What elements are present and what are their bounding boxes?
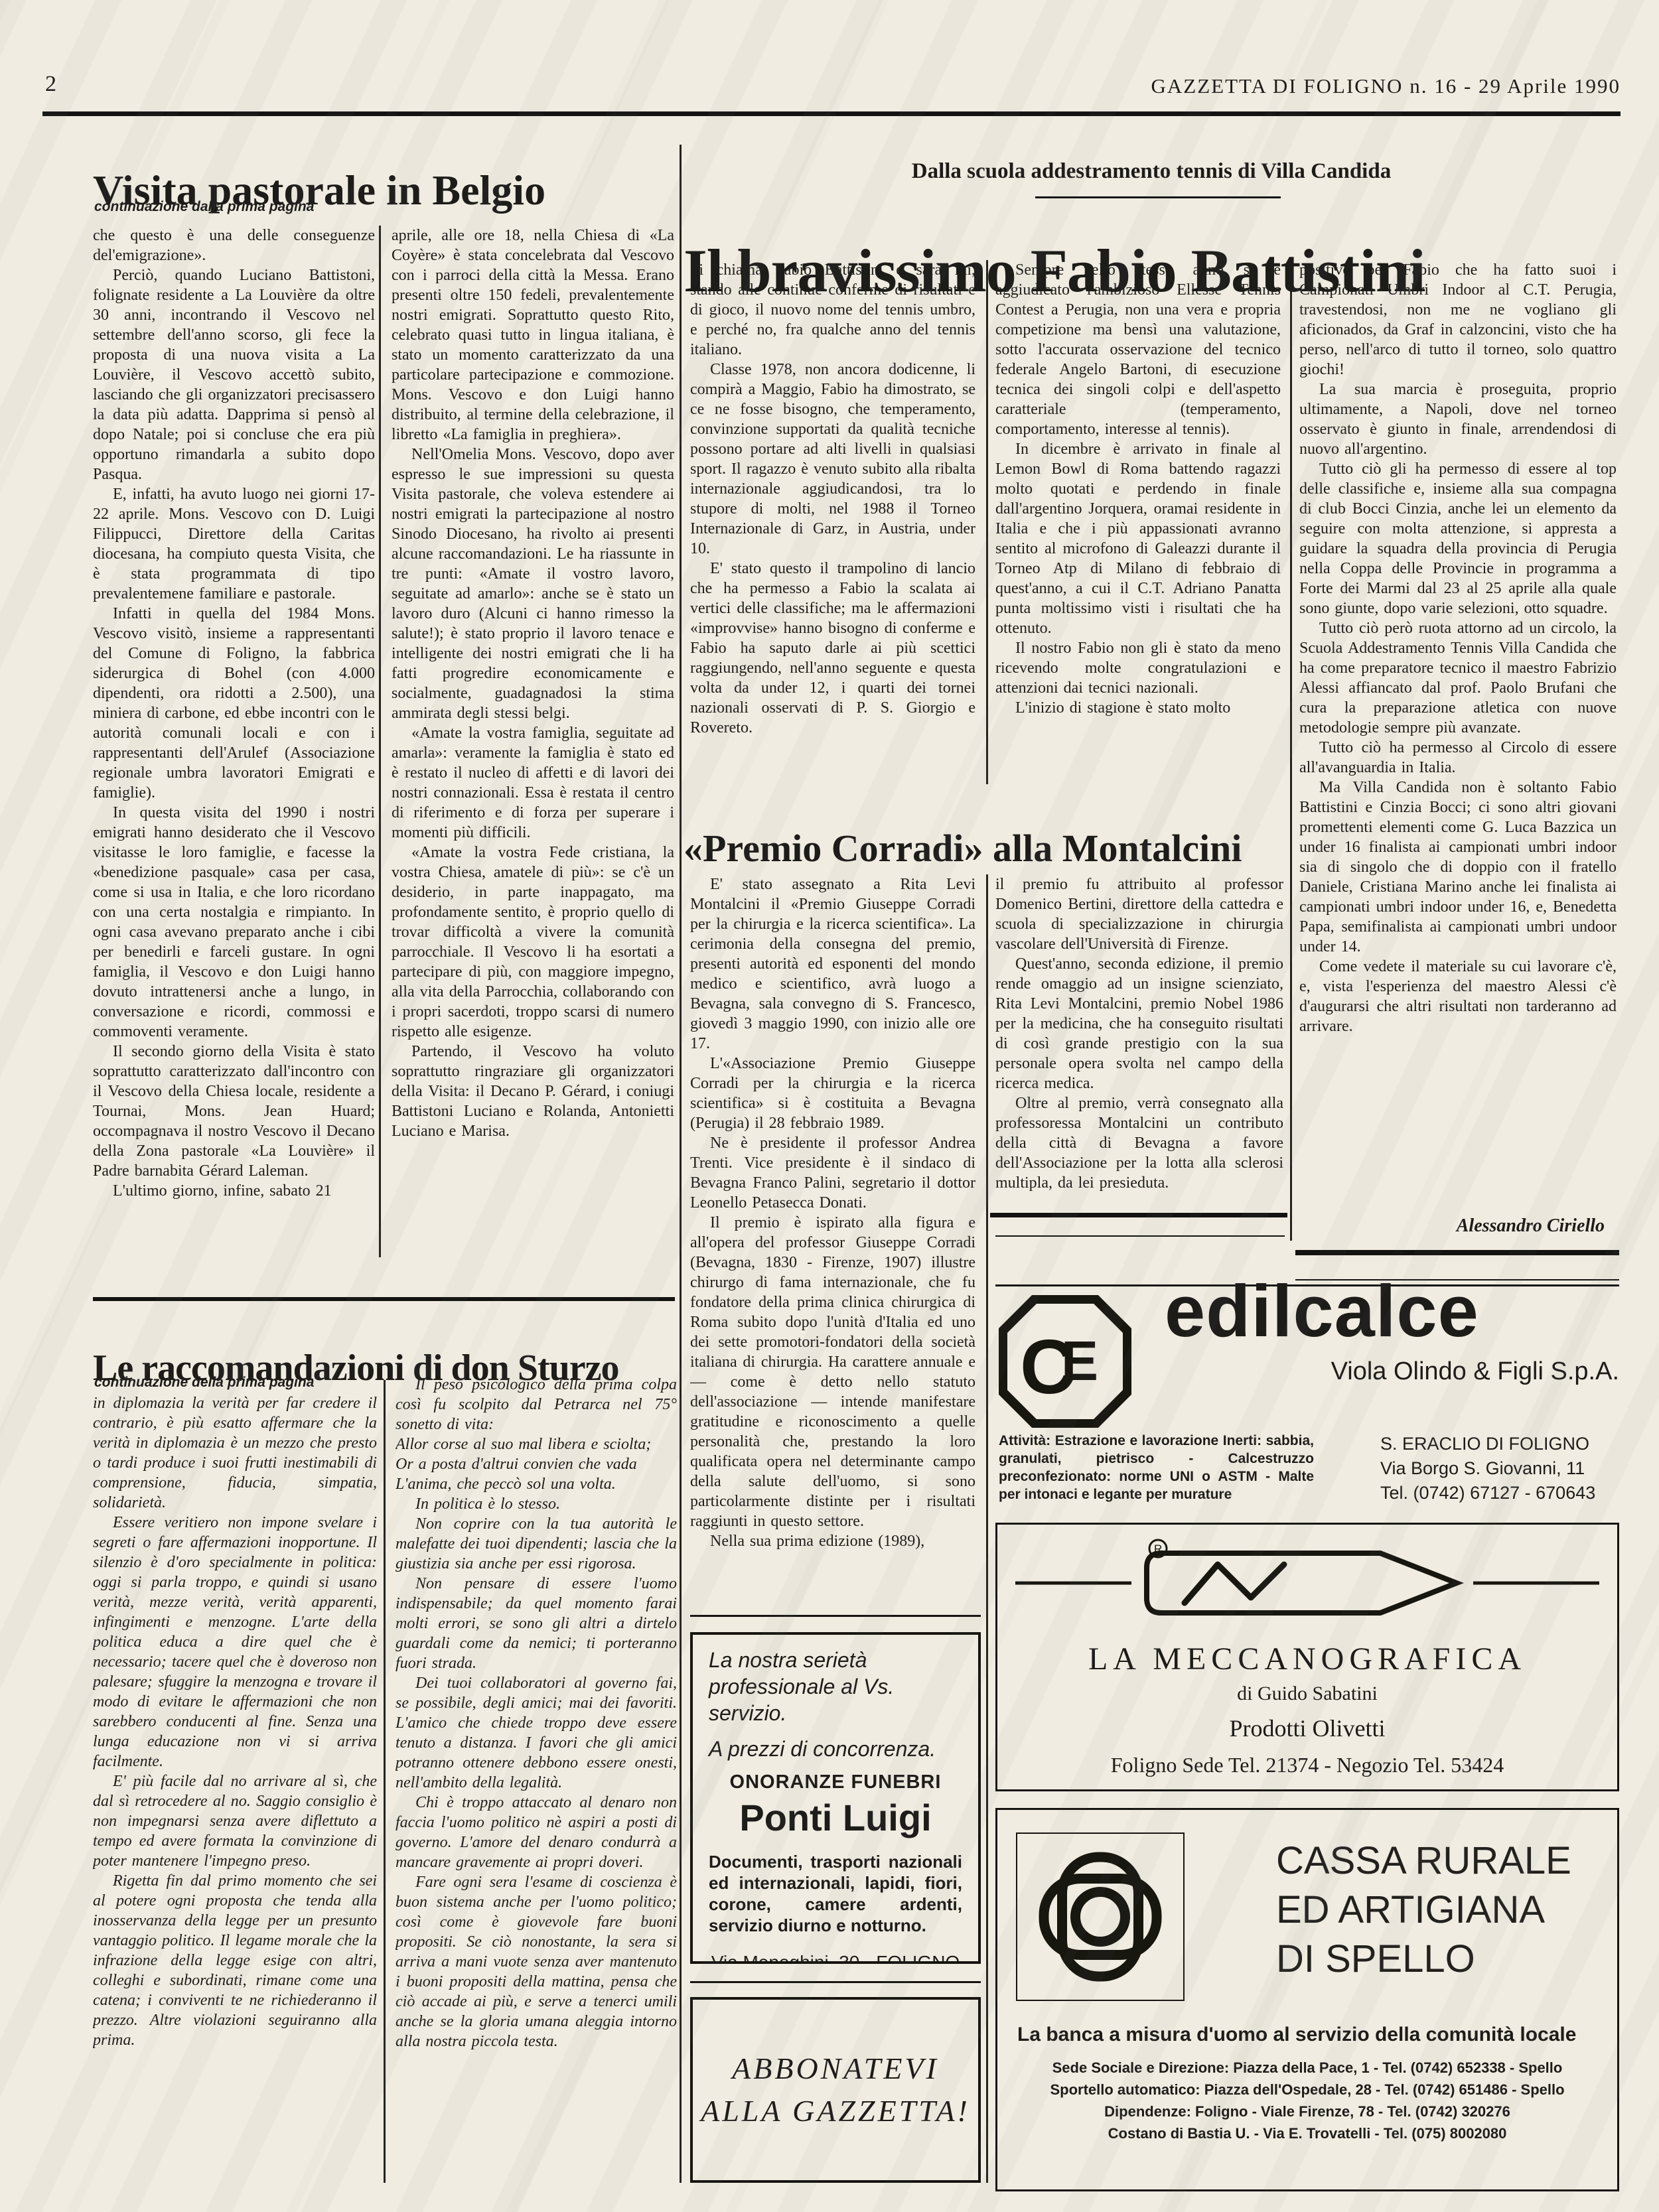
svg-text:E: E	[1061, 1330, 1098, 1392]
paragraph: Tutto ciò però ruota attorno ad un circo…	[1299, 618, 1617, 738]
kicker-rule	[1035, 196, 1281, 198]
paragraph: il premio fu attribuito al professor Dom…	[995, 874, 1283, 954]
paragraph: che questo è una delle conseguenze del'e…	[93, 226, 375, 265]
cassa-name-line1: CASSA RURALE	[1276, 1836, 1571, 1886]
paragraph: L'inizio di stagione è stato molto	[995, 698, 1281, 718]
paragraph: Quest'anno, seconda edizione, il premio …	[995, 954, 1283, 1093]
paragraph: Nell'Omelia Mons. Vescovo, dopo aver esp…	[392, 445, 674, 723]
column-divider	[384, 1380, 386, 2183]
paragraph: Come vedete il materiale su cui lavorare…	[1299, 957, 1617, 1036]
paragraph: Classe 1978, non ancora dodicenne, li co…	[690, 360, 975, 559]
edilcalce-wordmark: edilcalce	[1165, 1275, 1479, 1348]
paragraph: Dipendenze: Foligno - Viale Firenze, 78 …	[997, 2101, 1617, 2122]
thin-rule	[690, 1981, 981, 1983]
paragraph: Costano di Bastia U. - Via E. Trovatelli…	[997, 2122, 1617, 2144]
cassa-rurale-logo-icon	[1016, 1832, 1185, 2001]
paragraph: Tutto ciò gli ha permesso di essere al t…	[1299, 459, 1617, 618]
meccanografica-contacts: Foligno Sede Tel. 21374 - Negozio Tel. 5…	[997, 1753, 1617, 1777]
sturzo-col2-rest: In politica è lo stesso.Non coprire con …	[396, 1494, 677, 2051]
edilcalce-phone: Tel. (0742) 67127 - 670643	[1380, 1481, 1619, 1505]
sturzo-col2-intro: Il peso psicologico della prima colpa co…	[396, 1375, 677, 1434]
paragraph: in diplomazia la verità per far credere …	[93, 1393, 377, 1513]
paragraph: positivo per Fabio che ha fatto suoi i C…	[1299, 260, 1617, 380]
paragraph: Tutto ciò ha permesso al Circolo di esse…	[1299, 738, 1617, 778]
paragraph: Sede Sociale e Direzione: Piazza della P…	[997, 2057, 1617, 2079]
cassa-rurale-slogan: La banca a misura d'uomo al servizio del…	[1017, 2024, 1601, 2046]
ponti-address-line1: Via Meneghini, 30 - FOLIGNO	[711, 1952, 960, 1964]
column-divider	[986, 874, 988, 2183]
paragraph: L'anima, che peccò sol una volta.	[396, 1474, 677, 1494]
paragraph: E' stato questo il trampolino di lancio …	[690, 559, 975, 738]
cassa-rurale-name: CASSA RURALE ED ARTIGIANA DI SPELLO	[1276, 1836, 1571, 1984]
paragraph: E' stato assegnato a Rita Levi Montalcin…	[690, 874, 975, 1054]
belgio-column-1: che questo è una delle conseguenze del'e…	[93, 226, 375, 1257]
ad-meccanografica: R LA MECCANOGRAFICA di Guido Sabatini Pr…	[995, 1523, 1619, 1791]
column-divider	[680, 145, 682, 2183]
paragraph: E, infatti, ha avuto luogo nei giorni 17…	[93, 484, 375, 604]
abbonatevi-line1: ABBONATEVI	[732, 2047, 939, 2090]
paragraph: Non coprire con la tua autorità le malef…	[396, 1514, 677, 1574]
paragraph: Non pensare di essere l'uomo indispensab…	[396, 1574, 677, 1673]
edilcalce-address: Via Borgo S. Giovanni, 11	[1380, 1456, 1619, 1481]
paragraph: Il nostro Fabio non gli è stato da meno …	[995, 638, 1281, 698]
paragraph: Il premio è ispirato alla figura e all'o…	[690, 1213, 975, 1531]
paragraph: Sempre nello stesso anno si è aggiudicat…	[995, 260, 1281, 439]
masthead: GAZZETTA DI FOLIGNO n. 16 - 29 Aprile 19…	[1151, 74, 1621, 98]
article-end-rule	[990, 1213, 1287, 1217]
article-end-rule	[1295, 1250, 1619, 1255]
paragraph: aprile, alle ore 18, nella Chiesa di «La…	[392, 226, 674, 445]
sturzo-continuation-note: continuazione della prima pagina	[94, 1375, 314, 1391]
paragraph: Il secondo giorno della Visita è stato s…	[93, 1042, 375, 1181]
cassa-name-line3: DI SPELLO	[1276, 1935, 1571, 1984]
ad-abbonatevi: ABBONATEVI ALLA GAZZETTA!	[690, 1997, 981, 2183]
ponti-address: Via Meneghini, 30 - FOLIGNO (avanti farm…	[709, 1951, 962, 1964]
paragraph: In politica è lo stesso.	[396, 1494, 677, 1514]
column-divider	[986, 260, 988, 784]
paragraph: Sportello automatico: Piazza dell'Ospeda…	[997, 2079, 1617, 2101]
thin-rule	[690, 1615, 981, 1617]
ponti-services: Documenti, trasporti nazionali ed intern…	[709, 1851, 962, 1936]
paragraph: Ne è presidente il professor Andrea Tren…	[690, 1133, 975, 1213]
paragraph: Chi è troppo attaccato al denaro non fac…	[396, 1793, 677, 1872]
column-divider	[379, 226, 381, 1257]
abbonatevi-line2: ALLA GAZZETTA!	[701, 2090, 970, 2132]
header-rule	[42, 111, 1621, 116]
column-divider	[1290, 260, 1292, 1241]
edilcalce-place: S. ERACLIO DI FOLIGNO	[1380, 1432, 1619, 1456]
corradi-column-2: il premio fu attribuito al professor Dom…	[995, 874, 1283, 1210]
corradi-title: «Premio Corradi» alla Montalcini	[684, 829, 1242, 869]
edilcalce-activity: Attività: Estrazione e lavorazione Inert…	[999, 1432, 1314, 1503]
paragraph: E' più facile dal no arrivare al sì, che…	[93, 1771, 377, 1871]
paragraph: Rigetta fin dal primo momento che sei al…	[93, 1871, 377, 2050]
paragraph: «Amate la vostra famiglia, seguitate ad …	[392, 723, 674, 843]
sturzo-column-2: Il peso psicologico della prima colpa co…	[396, 1375, 677, 2105]
paragraph: Il peso psicologico della prima colpa co…	[396, 1375, 677, 1434]
paragraph: Or a posta d'altrui convien che vada	[396, 1454, 677, 1474]
paragraph: L'ultimo giorno, infine, sabato 21	[93, 1181, 375, 1201]
ad-cassa-rurale: CASSA RURALE ED ARTIGIANA DI SPELLO La b…	[995, 1808, 1619, 2191]
corradi-column-1: E' stato assegnato a Rita Levi Montalcin…	[690, 874, 975, 1601]
battistini-column-1: Si chiama Fabio Battistini e sarà lui, s…	[690, 260, 975, 783]
battistini-byline: Alessandro Ciriello	[1299, 1215, 1605, 1237]
paragraph: «Amate la vostra Fede cristiana, la vost…	[392, 843, 674, 1042]
sturzo-column-1: in diplomazia la verità per far credere …	[93, 1393, 377, 2116]
meccanografica-logo-icon: R	[1009, 1537, 1606, 1629]
paragraph: Partendo, il Vescovo ha voluto soprattut…	[392, 1042, 674, 1141]
edilcalce-contacts: S. ERACLIO DI FOLIGNO Via Borgo S. Giova…	[1380, 1432, 1619, 1505]
ponti-name: Ponti Luigi	[709, 1796, 962, 1839]
belgio-column-2: aprile, alle ore 18, nella Chiesa di «La…	[392, 226, 674, 1257]
ponti-category: ONORANZE FUNEBRI	[709, 1771, 962, 1793]
meccanografica-name: LA MECCANOGRAFICA	[997, 1641, 1617, 1677]
paragraph: Essere veritiero non impone svelare i se…	[93, 1513, 377, 1771]
paragraph: In questa visita del 1990 i nostri emigr…	[93, 803, 375, 1042]
paragraph: Nella sua prima edizione (1989),	[690, 1531, 975, 1551]
page-number: 2	[45, 72, 56, 97]
ponti-tagline-2: A prezzi di concorrenza.	[709, 1736, 962, 1762]
sturzo-petrarca-poem: Allor corse al suo mal libera e sciolta;…	[396, 1434, 677, 1494]
ad-ponti-luigi: La nostra serietà professionale al Vs. s…	[690, 1632, 981, 1964]
paragraph: L'«Associazione Premio Giuseppe Corradi …	[690, 1054, 975, 1133]
belgio-continuation-note: continuazione dalla prima pagina	[94, 199, 314, 215]
paragraph: Perciò, quando Luciano Battistoni, folig…	[93, 265, 375, 484]
paragraph: La sua marcia è proseguita, proprio ulti…	[1299, 380, 1617, 459]
paragraph: Ma Villa Candida non è soltanto Fabio Ba…	[1299, 778, 1617, 957]
battistini-kicker: Dalla scuola addestramento tennis di Vil…	[684, 159, 1619, 184]
battistini-column-3: positivo per Fabio che ha fatto suoi i C…	[1299, 260, 1617, 1212]
meccanografica-owner: di Guido Sabatini	[997, 1683, 1617, 1705]
meccanografica-products: Prodotti Olivetti	[997, 1714, 1617, 1742]
paragraph: Oltre al premio, verrà consegnato alla p…	[995, 1093, 1283, 1193]
paragraph: In dicembre è arrivato in finale al Lemo…	[995, 439, 1281, 638]
sturzo-top-rule	[93, 1297, 675, 1301]
edilcalce-subtitle: Viola Olindo & Figli S.p.A.	[1194, 1357, 1619, 1386]
thin-rule	[995, 1235, 1285, 1237]
paragraph: Dei tuoi collaboratori al governo fai, s…	[396, 1673, 677, 1793]
paragraph: Allor corse al suo mal libera e sciolta;	[396, 1434, 677, 1454]
battistini-column-2: Sempre nello stesso anno si è aggiudicat…	[995, 260, 1281, 783]
paragraph: Si chiama Fabio Battistini e sarà lui, s…	[690, 260, 975, 360]
cassa-rurale-addresses: Sede Sociale e Direzione: Piazza della P…	[997, 2057, 1617, 2144]
cassa-name-line2: ED ARTIGIANA	[1276, 1886, 1571, 1935]
ponti-tagline-1: La nostra serietà professionale al Vs. s…	[709, 1647, 962, 1726]
newspaper-page: 2 GAZZETTA DI FOLIGNO n. 16 - 29 Aprile …	[0, 0, 1659, 2212]
edilcalce-logo-icon: C E	[999, 1295, 1131, 1428]
paragraph: Infatti in quella del 1984 Mons. Vescovo…	[93, 604, 375, 803]
paragraph: Fare ogni sera l'esame di coscienza è bu…	[396, 1872, 677, 2051]
